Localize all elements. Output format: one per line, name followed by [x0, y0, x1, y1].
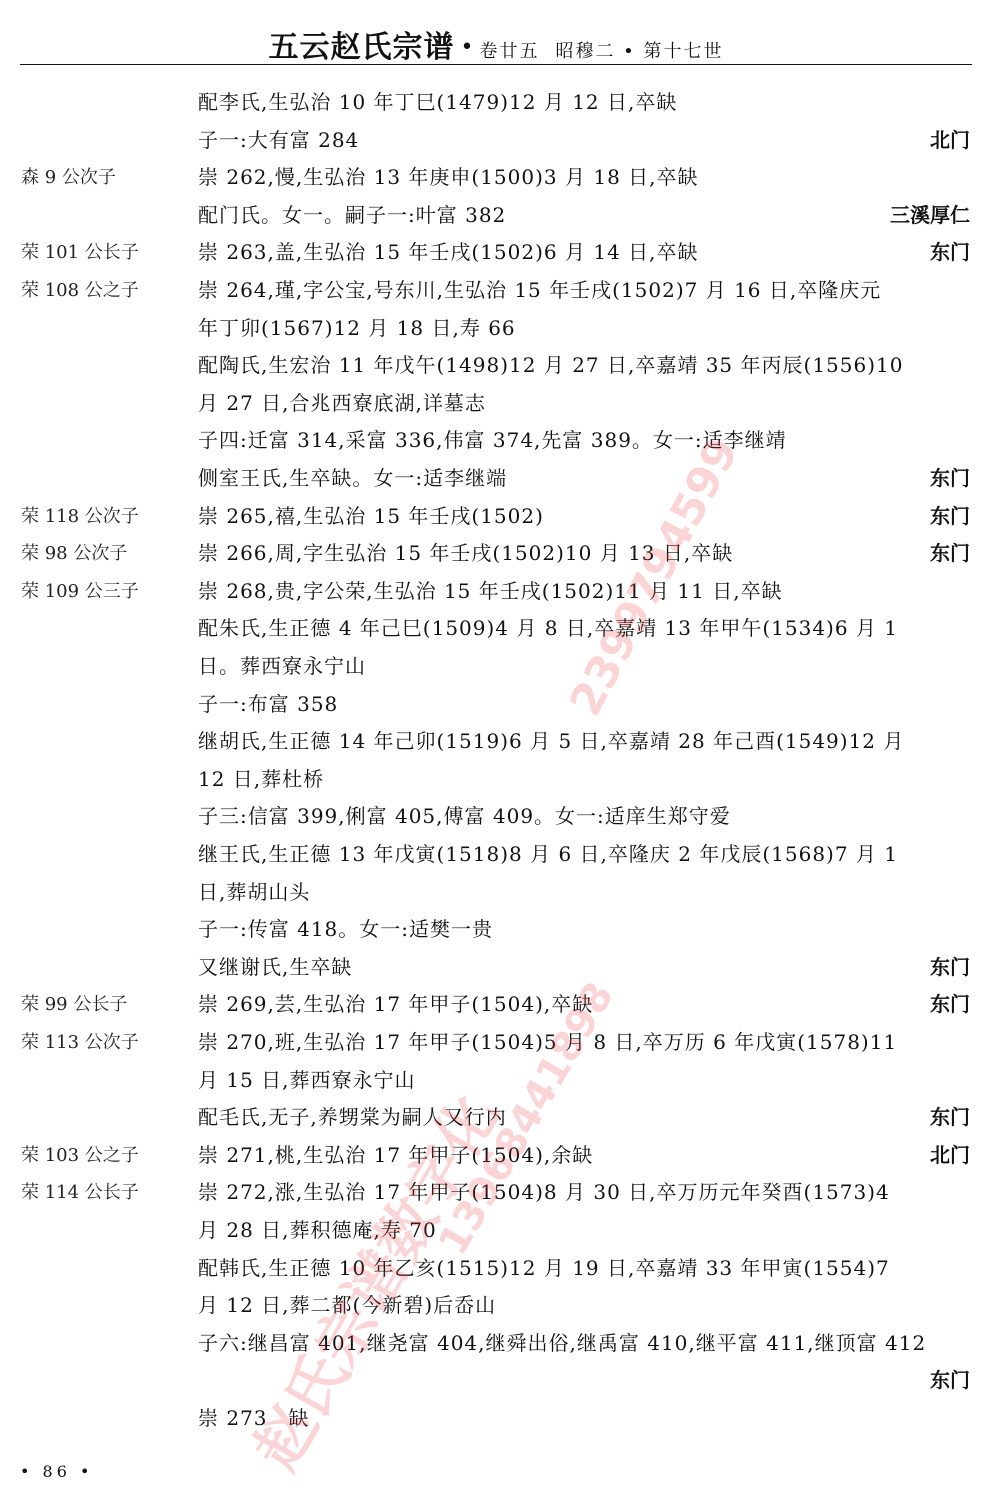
- lineage-relation: 荣 101 公长子: [21, 234, 139, 271]
- residence-place: 东门: [930, 498, 970, 535]
- entry-line: 又继谢氏,生卒缺东门: [0, 949, 992, 986]
- entry-line: 子一:传富 418。女一:适樊一贵: [0, 911, 992, 948]
- entry-line: 侧室王氏,生卒缺。女一:适李继端东门: [0, 460, 992, 497]
- entry-text: 子三:信富 399,俐富 405,傅富 409。女一:适庠生郑守爱: [198, 798, 731, 835]
- entry-line: 荣 108 公之子崇 264,瑾,字公宝,号东川,生弘治 15 年壬戌(1502…: [0, 272, 992, 309]
- entry-text: 配韩氏,生正德 10 年乙亥(1515)12 月 19 日,卒嘉靖 33 年甲寅…: [198, 1250, 890, 1287]
- entry-line: 年丁卯(1567)12 月 18 日,寿 66: [0, 310, 992, 347]
- residence-place: 东门: [930, 460, 970, 497]
- entry-text: 崇 272,涨,生弘治 17 年甲子(1504)8 月 30 日,卒万历元年癸酉…: [198, 1174, 890, 1211]
- entry-line: 日,葬胡山头: [0, 874, 992, 911]
- entry-text: 崇 263,盖,生弘治 15 年壬戌(1502)6 月 14 日,卒缺: [198, 234, 699, 271]
- entry-text: 配陶氏,生宏治 11 年戊午(1498)12 月 27 日,卒嘉靖 35 年丙辰…: [198, 347, 903, 384]
- entry-line: 配李氏,生弘治 10 年丁巳(1479)12 月 12 日,卒缺: [0, 84, 992, 121]
- entry-text: 崇 269,芸,生弘治 17 年甲子(1504),卒缺: [198, 986, 593, 1023]
- residence-place: 东门: [930, 986, 970, 1023]
- entry-text: 年丁卯(1567)12 月 18 日,寿 66: [198, 310, 516, 347]
- entry-line: 月 28 日,葬积德庵,寿 70: [0, 1212, 992, 1249]
- entry-text: 崇 268,贵,字公荣,生弘治 15 年壬戌(1502)11 月 11 日,卒缺: [198, 573, 783, 610]
- entry-line: 配韩氏,生正德 10 年乙亥(1515)12 月 19 日,卒嘉靖 33 年甲寅…: [0, 1250, 992, 1287]
- entry-text: 崇 262,慢,生弘治 13 年庚申(1500)3 月 18 日,卒缺: [198, 159, 699, 196]
- entry-text: 月 27 日,合兆西寮底湖,详墓志: [198, 385, 486, 422]
- lineage-relation: 荣 98 公次子: [21, 535, 127, 572]
- entry-text: 侧室王氏,生卒缺。女一:适李继端: [198, 460, 507, 497]
- entry-text: 崇 270,班,生弘治 17 年甲子(1504)5 月 8 日,卒万历 6 年戊…: [198, 1024, 897, 1061]
- entry-line: 荣 103 公之子崇 271,桃,生弘治 17 年甲子(1504),余缺北门: [0, 1137, 992, 1174]
- entry-text: 子一:布富 358: [198, 686, 338, 723]
- entry-text: 12 日,葬杜桥: [198, 761, 324, 798]
- entry-line: 荣 98 公次子崇 266,周,字生弘治 15 年壬戌(1502)10 月 13…: [0, 535, 992, 572]
- entry-text: 又继谢氏,生卒缺: [198, 949, 352, 986]
- residence-place: 东门: [930, 535, 970, 572]
- page-number: • 86 •: [20, 1462, 93, 1481]
- running-header: 五云赵氏宗谱•卷廿五昭穆二 • 第十七世: [0, 22, 992, 62]
- volume-label: 卷廿五: [479, 41, 539, 62]
- residence-place: 东门: [930, 1099, 970, 1136]
- entry-line: 配门氏。女一。嗣子一:叶富 382三溪厚仁: [0, 197, 992, 234]
- entry-text: 月 12 日,葬二都(今新碧)后岙山: [198, 1287, 496, 1324]
- entry-line: 配毛氏,无子,养甥棠为嗣人又行内东门: [0, 1099, 992, 1136]
- entry-line: 崇 273 缺: [0, 1400, 992, 1437]
- entry-text: 配李氏,生弘治 10 年丁巳(1479)12 月 12 日,卒缺: [198, 84, 677, 121]
- entry-text: 配门氏。女一。嗣子一:叶富 382: [198, 197, 506, 234]
- entry-text: 日。葬西寮永宁山: [198, 648, 366, 685]
- entry-line: 12 日,葬杜桥: [0, 761, 992, 798]
- entry-line: 月 15 日,葬西寮永宁山: [0, 1062, 992, 1099]
- lineage-relation: 荣 113 公次子: [21, 1024, 139, 1061]
- lineage-relation: 荣 109 公三子: [21, 573, 139, 610]
- entry-line: 荣 101 公长子崇 263,盖,生弘治 15 年壬戌(1502)6 月 14 …: [0, 234, 992, 271]
- separator-dot: •: [460, 35, 473, 60]
- entry-text: 日,葬胡山头: [198, 874, 310, 911]
- residence-place: 东门: [930, 949, 970, 986]
- entry-line: 子三:信富 399,俐富 405,傅富 409。女一:适庠生郑守爱: [0, 798, 992, 835]
- entry-line: 森 9 公次子崇 262,慢,生弘治 13 年庚申(1500)3 月 18 日,…: [0, 159, 992, 196]
- entry-text: 崇 266,周,字生弘治 15 年壬戌(1502)10 月 13 日,卒缺: [198, 535, 733, 572]
- entry-text: 月 28 日,葬积德庵,寿 70: [198, 1212, 437, 1249]
- entry-line: 荣 114 公长子崇 272,涨,生弘治 17 年甲子(1504)8 月 30 …: [0, 1174, 992, 1211]
- lineage-relation: 森 9 公次子: [21, 159, 116, 196]
- lineage-relation: 荣 108 公之子: [21, 272, 139, 309]
- entry-line: 子一:大有富 284北门: [0, 122, 992, 159]
- entry-line: 继王氏,生正德 13 年戊寅(1518)8 月 6 日,卒隆庆 2 年戊辰(15…: [0, 836, 992, 873]
- entry-line: 子四:迁富 314,采富 336,伟富 374,先富 389。女一:适李继靖: [0, 422, 992, 459]
- entry-line: 东门: [0, 1362, 992, 1399]
- residence-place: 东门: [930, 234, 970, 271]
- entry-line: 月 27 日,合兆西寮底湖,详墓志: [0, 385, 992, 422]
- book-title: 五云赵氏宗谱: [268, 30, 454, 65]
- entry-text: 子六:继昌富 401,继尧富 404,继舜出俗,继禹富 410,继平富 411,…: [198, 1325, 926, 1362]
- entry-line: 荣 99 公长子崇 269,芸,生弘治 17 年甲子(1504),卒缺东门: [0, 986, 992, 1023]
- entry-line: 继胡氏,生正德 14 年己卯(1519)6 月 5 日,卒嘉靖 28 年己酉(1…: [0, 723, 992, 760]
- entry-text: 子一:大有富 284: [198, 122, 359, 159]
- entry-line: 子六:继昌富 401,继尧富 404,继舜出俗,继禹富 410,继平富 411,…: [0, 1325, 992, 1362]
- entry-line: 月 12 日,葬二都(今新碧)后岙山: [0, 1287, 992, 1324]
- entry-text: 子四:迁富 314,采富 336,伟富 374,先富 389。女一:适李继靖: [198, 422, 787, 459]
- lineage-relation: 荣 99 公长子: [21, 986, 127, 1023]
- entry-text: 崇 273 缺: [198, 1400, 310, 1437]
- entry-text: 配朱氏,生正德 4 年己巳(1509)4 月 8 日,卒嘉靖 13 年甲午(15…: [198, 610, 898, 647]
- entry-line: 日。葬西寮永宁山: [0, 648, 992, 685]
- entry-line: 荣 118 公次子崇 265,禧,生弘治 15 年壬戌(1502)东门: [0, 498, 992, 535]
- entry-text: 继王氏,生正德 13 年戊寅(1518)8 月 6 日,卒隆庆 2 年戊辰(15…: [198, 836, 898, 873]
- residence-place: 东门: [930, 1362, 970, 1399]
- residence-place: 北门: [930, 1137, 970, 1174]
- entry-line: 荣 113 公次子崇 270,班,生弘治 17 年甲子(1504)5 月 8 日…: [0, 1024, 992, 1061]
- residence-place: 北门: [930, 122, 970, 159]
- entry-text: 子一:传富 418。女一:适樊一贵: [198, 911, 493, 948]
- entry-line: 荣 109 公三子崇 268,贵,字公荣,生弘治 15 年壬戌(1502)11 …: [0, 573, 992, 610]
- entry-text: 月 15 日,葬西寮永宁山: [198, 1062, 416, 1099]
- lineage-relation: 荣 103 公之子: [21, 1137, 139, 1174]
- entry-text: 崇 264,瑾,字公宝,号东川,生弘治 15 年壬戌(1502)7 月 16 日…: [198, 272, 881, 309]
- entry-text: 崇 271,桃,生弘治 17 年甲子(1504),余缺: [198, 1137, 593, 1174]
- entry-text: 崇 265,禧,生弘治 15 年壬戌(1502): [198, 498, 544, 535]
- header-rule: [20, 64, 972, 65]
- entry-text: 继胡氏,生正德 14 年己卯(1519)6 月 5 日,卒嘉靖 28 年己酉(1…: [198, 723, 904, 760]
- lineage-relation: 荣 114 公长子: [21, 1174, 139, 1211]
- section-label: 昭穆二 • 第十七世: [555, 41, 723, 62]
- residence-place: 三溪厚仁: [890, 197, 970, 234]
- entry-line: 子一:布富 358: [0, 686, 992, 723]
- entry-line: 配陶氏,生宏治 11 年戊午(1498)12 月 27 日,卒嘉靖 35 年丙辰…: [0, 347, 992, 384]
- entry-text: 配毛氏,无子,养甥棠为嗣人又行内: [198, 1099, 507, 1136]
- entry-line: 配朱氏,生正德 4 年己巳(1509)4 月 8 日,卒嘉靖 13 年甲午(15…: [0, 610, 992, 647]
- lineage-relation: 荣 118 公次子: [21, 498, 139, 535]
